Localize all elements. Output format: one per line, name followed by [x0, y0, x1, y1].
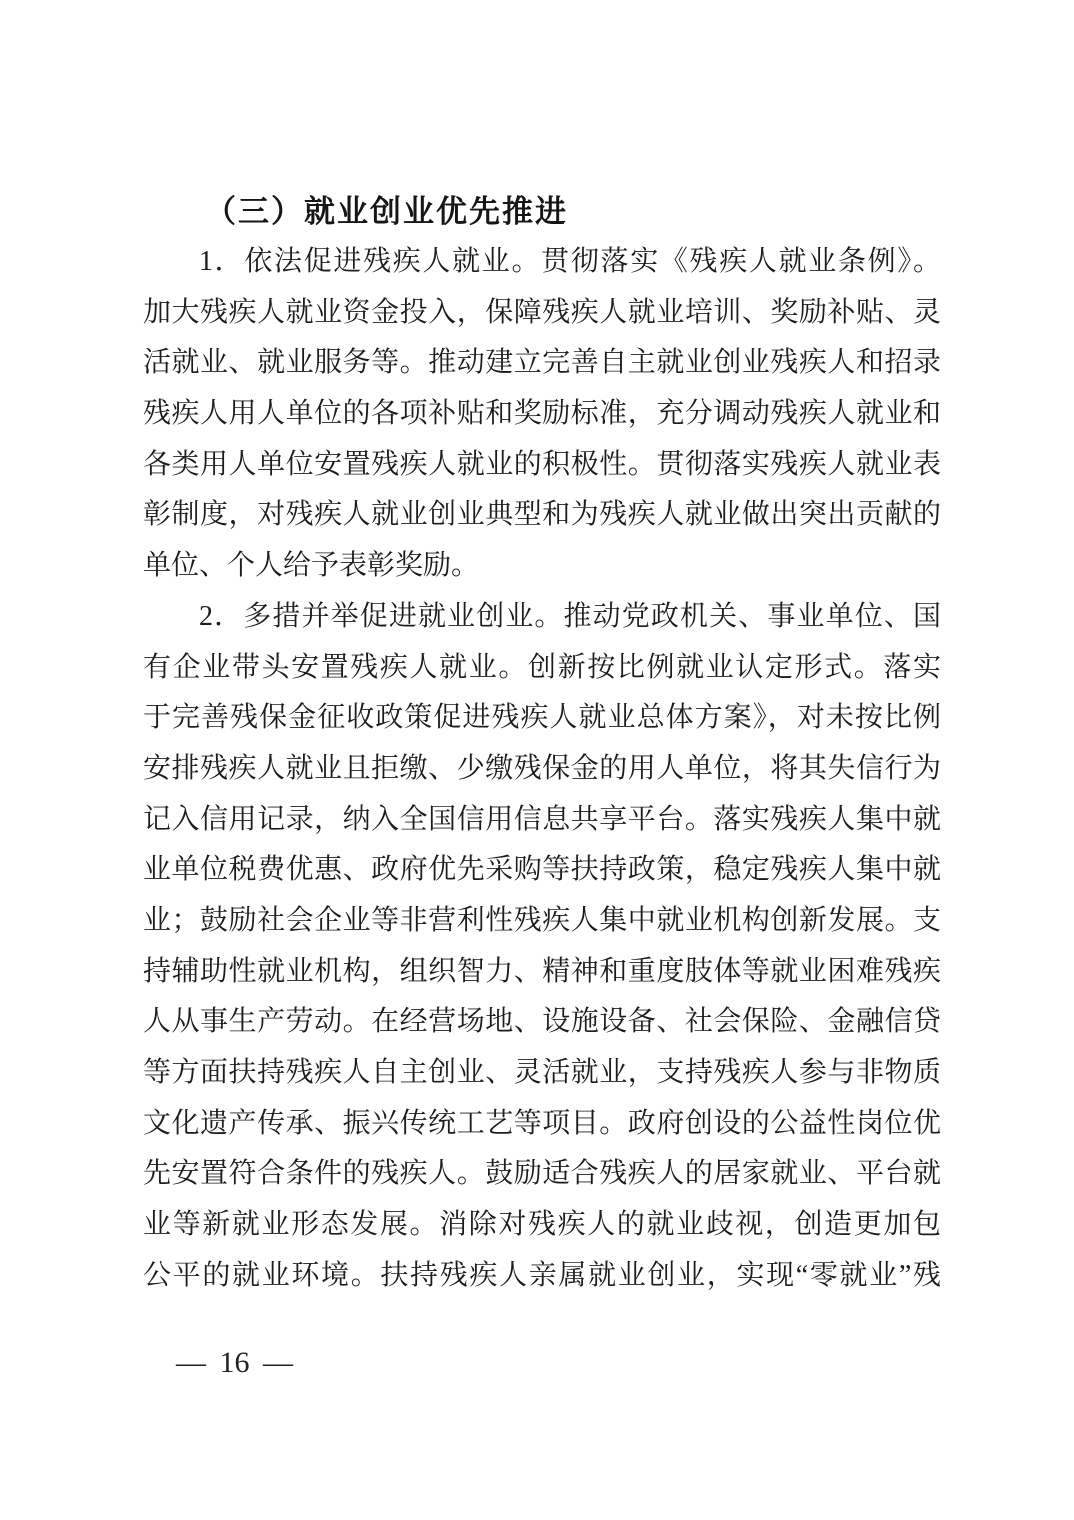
- document-content: （三）就业创业优先推进 1．依法促进残疾人就业。贯彻落实《残疾人就业条例》。加大…: [143, 186, 941, 1301]
- text-line: 业单位税费优惠、政府优先采购等扶持政策，稳定残疾人集中就: [143, 845, 941, 896]
- text-line: 活就业、就业服务等。推动建立完善自主就业创业残疾人和招录: [143, 338, 941, 389]
- text-line: 残疾人用人单位的各项补贴和奖励标准，充分调动残疾人就业和: [143, 389, 941, 440]
- document-body: 1．依法促进残疾人就业。贯彻落实《残疾人就业条例》。加大残疾人就业资金投入，保障…: [143, 237, 941, 1301]
- text-line: 2．多措并举促进就业创业。推动党政机关、事业单位、国: [143, 592, 941, 643]
- paragraph-1: 1．依法促进残疾人就业。贯彻落实《残疾人就业条例》。加大残疾人就业资金投入，保障…: [143, 237, 941, 592]
- text-line: 公平的就业环境。扶持残疾人亲属就业创业，实现“零就业”残: [143, 1251, 941, 1302]
- text-line: 1．依法促进残疾人就业。贯彻落实《残疾人就业条例》。: [143, 237, 941, 288]
- paragraph-2: 2．多措并举促进就业创业。推动党政机关、事业单位、国有企业带头安置残疾人就业。创…: [143, 592, 941, 1302]
- text-line: 人从事生产劳动。在经营场地、设施设备、社会保险、金融信贷: [143, 997, 941, 1048]
- text-line: 记入信用记录，纳入全国信用信息共享平台。落实残疾人集中就: [143, 795, 941, 846]
- text-line: 单位、个人给予表彰奖励。: [143, 541, 941, 592]
- text-line: 各类用人单位安置残疾人就业的积极性。贯彻落实残疾人就业表: [143, 440, 941, 491]
- text-line: 彰制度，对残疾人就业创业典型和为残疾人就业做出突出贡献的: [143, 490, 941, 541]
- text-line: 文化遗产传承、振兴传统工艺等项目。政府创设的公益性岗位优: [143, 1099, 941, 1150]
- text-line: 有企业带头安置残疾人就业。创新按比例就业认定形式。落实《关: [143, 643, 941, 694]
- text-line: 安排残疾人就业且拒缴、少缴残保金的用人单位，将其失信行为: [143, 744, 941, 795]
- text-line: 等方面扶持残疾人自主创业、灵活就业，支持残疾人参与非物质: [143, 1048, 941, 1099]
- text-line: 加大残疾人就业资金投入，保障残疾人就业培训、奖励补贴、灵: [143, 288, 941, 339]
- page-number: — 16 —: [176, 1346, 293, 1380]
- text-line: 业等新就业形态发展。消除对残疾人的就业歧视，创造更加包容、: [143, 1200, 941, 1251]
- text-line: 于完善残保金征收政策促进残疾人就业总体方案》，对未按比例: [143, 693, 941, 744]
- section-heading: （三）就业创业优先推进: [143, 186, 941, 237]
- text-line: 持辅助性就业机构，组织智力、精神和重度肢体等就业困难残疾: [143, 947, 941, 998]
- text-line: 先安置符合条件的残疾人。鼓励适合残疾人的居家就业、平台就: [143, 1149, 941, 1200]
- text-line: 业；鼓励社会企业等非营利性残疾人集中就业机构创新发展。支: [143, 896, 941, 947]
- document-page: （三）就业创业优先推进 1．依法促进残疾人就业。贯彻落实《残疾人就业条例》。加大…: [0, 0, 1074, 1520]
